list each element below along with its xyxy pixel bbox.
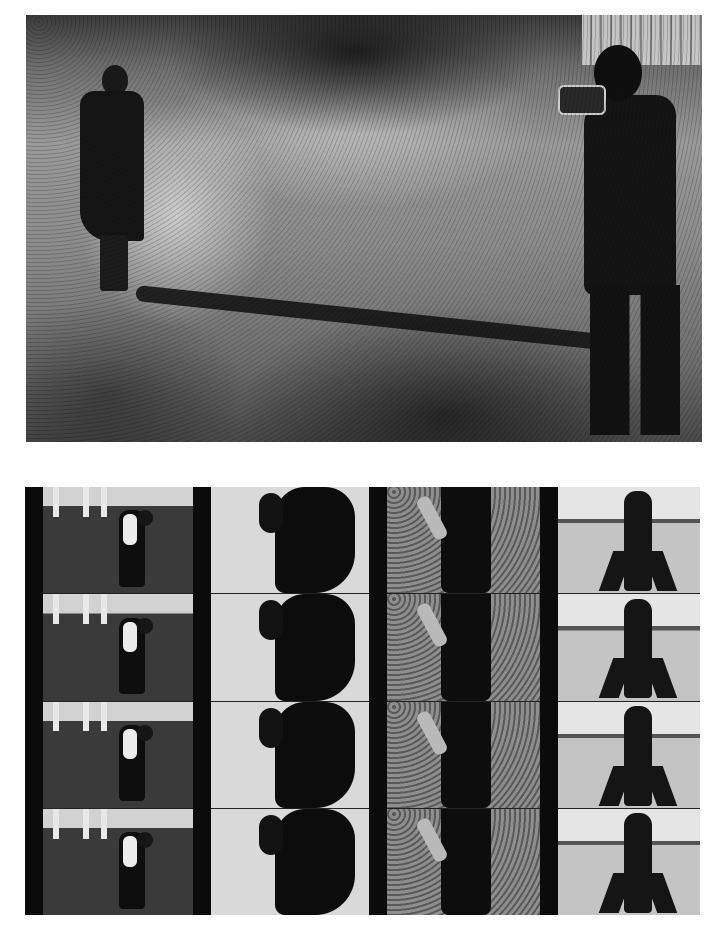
tree (53, 487, 59, 517)
frame-figure (441, 594, 491, 700)
frame-figure (624, 813, 652, 913)
film-frame (387, 808, 540, 915)
tree (83, 702, 89, 732)
film-frame (387, 487, 540, 593)
frame-figure (275, 594, 355, 700)
film-frame (211, 808, 369, 915)
top-photograph (26, 15, 702, 442)
tree (53, 809, 59, 839)
film-grain (26, 15, 702, 442)
film-strip-2 (193, 487, 369, 915)
frame-figure (441, 702, 491, 808)
frame-figure (119, 510, 145, 587)
frame-figure (275, 702, 355, 808)
tree (101, 809, 107, 839)
film-strip-grid (25, 487, 700, 915)
frame-figure (624, 599, 652, 699)
film-frame (558, 593, 700, 700)
film-frame (211, 701, 369, 808)
tree (53, 702, 59, 732)
film-strip-3 (369, 487, 540, 915)
film-frame (211, 487, 369, 593)
frame-figure (624, 706, 652, 806)
tree (101, 702, 107, 732)
tree (101, 487, 107, 517)
film-frame (387, 593, 540, 700)
film-frame (558, 808, 700, 915)
frame-figure (119, 618, 145, 695)
frame-figure (441, 809, 491, 915)
film-frame (387, 701, 540, 808)
film-frame (43, 808, 193, 915)
film-frame (43, 701, 193, 808)
frame-figure (119, 832, 145, 909)
tree (83, 594, 89, 624)
tree (101, 594, 107, 624)
tree (83, 809, 89, 839)
frame-figure (441, 487, 491, 593)
film-strip-4 (540, 487, 700, 915)
film-frame (558, 487, 700, 593)
frame-figure (275, 487, 355, 593)
frame-figure (624, 491, 652, 591)
tree (83, 487, 89, 517)
frame-figure (275, 809, 355, 915)
film-frame (43, 487, 193, 593)
film-strip-1 (25, 487, 193, 915)
tree (53, 594, 59, 624)
film-frame (558, 701, 700, 808)
frame-figure (119, 725, 145, 802)
film-frame (211, 593, 369, 700)
film-frame (43, 593, 193, 700)
